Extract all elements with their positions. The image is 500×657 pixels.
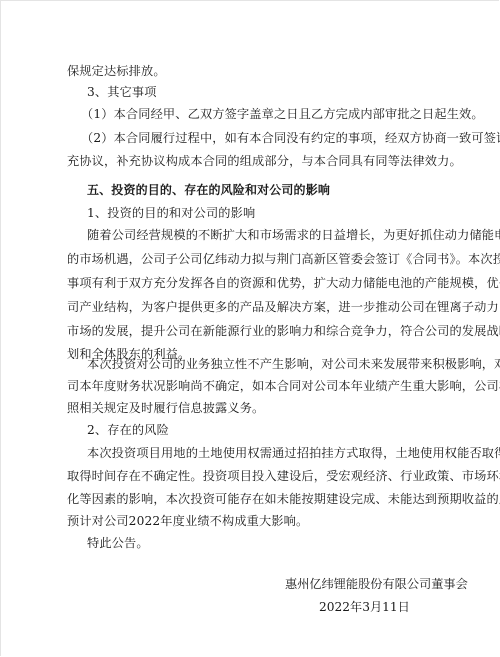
clause-1: （1）本合同经甲、乙双方签字盖章之日且乙方完成内部审批之日起生效。 [81, 106, 457, 122]
closing-announcement: 特此公告。 [87, 535, 443, 551]
document-page: 保规定达标排放。 3、其它事项 （1）本合同经甲、乙双方签字盖章之日且乙方完成内… [0, 0, 499, 656]
paragraph-impact-line-2: 司本年度财务状况影响尚不确定，如本合同对公司本年业绩产生重大影响，公司将按 [67, 378, 443, 394]
paragraph-continuation: 保规定达标排放。 [67, 63, 443, 79]
paragraph-risks-line-4: 预计对公司2022年度业绩不构成重大影响。 [67, 513, 443, 529]
subsection-heading-other-matters: 3、其它事项 [87, 84, 443, 100]
paragraph-impact-line-1: 本次投资对公司的业务独立性不产生影响，对公司未来发展带来积极影响，对公 [87, 356, 443, 372]
signature-company: 惠州亿纬锂能股份有限公司董事会 [285, 576, 468, 592]
paragraph-purpose-line-2: 的市场机遇，公司子公司亿纬动力拟与荆门高新区管委会签订《合同书》。本次投资 [67, 251, 443, 267]
paragraph-purpose-line-3: 事项有利于双方充分发挥各自的资源和优势，扩大动力储能电池的产能规模，优化公 [67, 275, 443, 291]
subsection-heading-purpose: 1、投资的目的和对公司的影响 [87, 205, 443, 221]
paragraph-risks-line-2: 取得时间存在不确定性。投资项目投入建设后，受宏观经济、行业政策、市场环境变 [67, 468, 443, 484]
section-heading-five: 五、投资的目的、存在的风险和对公司的影响 [87, 182, 463, 198]
signature-date: 2022年3月11日 [319, 599, 410, 615]
clause-2-line-1: （2）本合同履行过程中，如有本合同没有约定的事项，经双方协商一致可签订补 [81, 130, 443, 146]
paragraph-risks-line-3: 化等因素的影响，本次投资可能存在如未能按期建设完成、未能达到预期收益的风险， [67, 491, 443, 507]
paragraph-risks-line-1: 本次投资项目用地的土地使用权需通过招拍挂方式取得，土地使用权能否取得和 [87, 445, 443, 461]
paragraph-purpose-line-1: 随着公司经营规模的不断扩大和市场需求的日益增长，为更好抓住动力储能电池 [87, 227, 443, 243]
paragraph-impact-line-3: 照相关规定及时履行信息披露义务。 [67, 400, 443, 416]
clause-2-line-2: 充协议，补充协议构成本合同的组成部分，与本合同具有同等法律效力。 [67, 153, 443, 169]
paragraph-purpose-line-4: 司产业结构，为客户提供更多的产品及解决方案，进一步推动公司在锂离子动力电池 [67, 299, 443, 315]
subsection-heading-risks: 2、存在的风险 [87, 422, 443, 438]
paragraph-purpose-line-5: 市场的发展，提升公司在新能源行业的影响力和综合竞争力，符合公司的发展战略规 [67, 323, 443, 339]
